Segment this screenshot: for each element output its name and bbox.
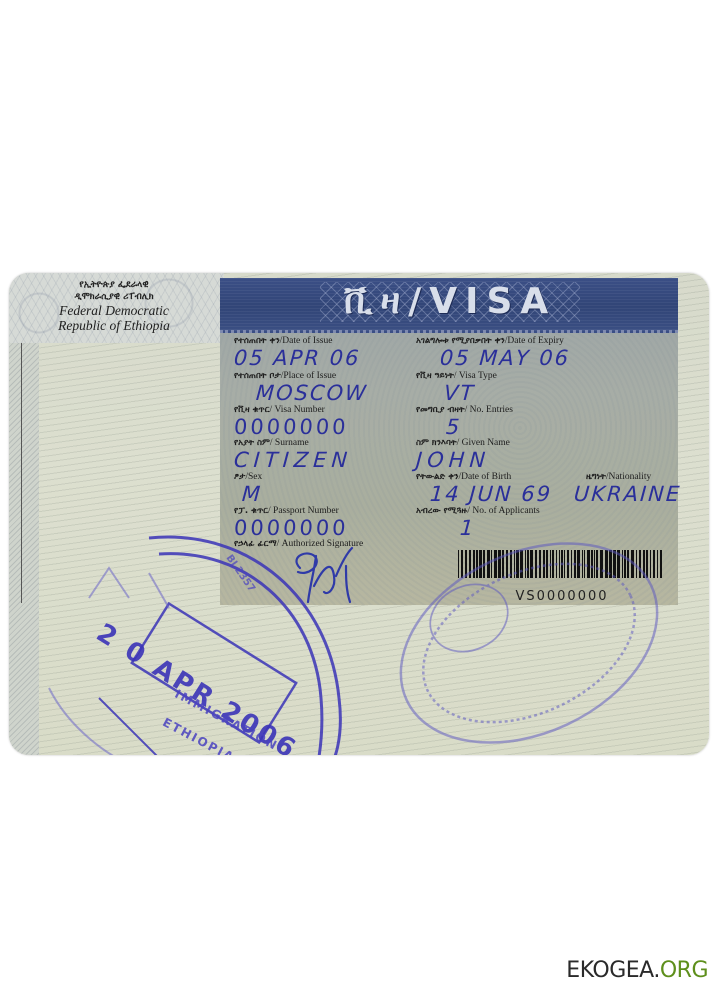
field-surname: የአያት ስም/ Surname CITIZEN <box>234 438 352 471</box>
field-date-of-birth: የትውልድ ቀን/Date of Birth 14 JUN 69 <box>416 472 552 505</box>
faded-stamp <box>379 523 679 753</box>
issuing-country: የኢትዮጵያ ፌደራላዊ ዲሞክራሲያዊ ሪፐብሊክ Federal Democ… <box>9 279 219 333</box>
issuer-english-line2: Republic of Ethiopia <box>9 318 219 333</box>
field-nationality: ዜግነት/Nationality UKRAINE <box>586 472 681 505</box>
value-surname: CITIZEN <box>233 449 353 471</box>
field-date-of-issue: የተሰጠበት ቀን/Date of Issue 05 APR 06 <box>234 336 360 369</box>
label-english: /Nationality <box>606 472 651 482</box>
label-english: / Given Name <box>457 438 510 448</box>
value-visa-number: 0000000 <box>233 416 349 438</box>
value-no-entries: 5 <box>415 416 513 438</box>
label-amharic: አብረው የሚጓዙ <box>416 506 467 516</box>
site-watermark: EKOGEA.ORG <box>566 958 708 983</box>
value-date-of-issue: 05 APR 06 <box>233 347 361 369</box>
brand-tld: ORG <box>660 958 708 983</box>
label-amharic: የተሰጠበት ቦታ <box>234 371 281 381</box>
field-sex: ፆታ/Sex M <box>234 472 262 505</box>
value-place-of-issue: MOSCOW <box>233 382 368 404</box>
field-date-of-expiry: አገልግሎቱ የሚያበቃበት ቀን/Date of Expiry 05 MAY … <box>416 336 570 369</box>
visa-banner: ቪዛ/VISA <box>220 278 678 333</box>
field-visa-number: የቪዛ ቁጥር/ Visa Number 0000000 <box>234 405 349 438</box>
label-amharic: የአያት ስም <box>234 438 270 448</box>
issuer-english-line1: Federal Democratic <box>9 303 219 318</box>
visa-title: ቪዛ/VISA <box>320 282 580 322</box>
brand-name: EKOGEA. <box>566 958 660 983</box>
label-english: /Date of Issue <box>280 336 333 346</box>
label-amharic: የተሰጠበት ቀን <box>234 336 280 346</box>
label-amharic: የቪዛ ቁጥር <box>234 405 269 415</box>
label-amharic: የቪዛ ዓይነት <box>416 371 454 381</box>
label-amharic: ስም ክንእባት <box>416 438 457 448</box>
value-sex: M <box>233 483 263 505</box>
value-given-name: JOHN <box>415 449 510 471</box>
label-english: / Visa Type <box>454 371 497 381</box>
label-english: /Sex <box>245 472 262 482</box>
label-amharic: አገልግሎቱ የሚያበቃበት ቀን <box>416 336 505 346</box>
page-margin-line <box>21 333 22 603</box>
label-english: / No. Entries <box>465 405 513 415</box>
label-english: / Passport Number <box>268 506 339 516</box>
label-english: /Date of Expiry <box>505 336 564 346</box>
field-given-name: ስም ክንእባት/ Given Name JOHN <box>416 438 510 471</box>
label-english: / Surname <box>270 438 309 448</box>
issuer-amharic-line2: ዲሞክራሲያዊ ሪፐብሊክ <box>9 291 219 303</box>
label-english: / Visa Number <box>269 405 324 415</box>
field-place-of-issue: የተሰጠበት ቦታ/Place of Issue MOSCOW <box>234 371 368 404</box>
label-amharic: ዜግነት <box>586 472 606 482</box>
label-amharic: የትውልድ ቀን <box>416 472 458 482</box>
label-english: / No. of Applicants <box>467 506 539 516</box>
value-nationality: UKRAINE <box>573 483 682 505</box>
label-english: /Place of Issue <box>281 371 336 381</box>
label-amharic: ፆታ <box>234 472 245 482</box>
label-amharic: የመግቢያ ብዛት <box>416 405 465 415</box>
value-date-of-birth: 14 JUN 69 <box>415 483 553 505</box>
issuer-amharic-line1: የኢትዮጵያ ፌደራላዊ <box>9 279 219 291</box>
value-visa-type: VT <box>415 382 497 404</box>
entry-stamp <box>29 528 349 755</box>
field-no-entries: የመግቢያ ብዛት/ No. Entries 5 <box>416 405 513 438</box>
visa-card: የኢትዮጵያ ፌደራላዊ ዲሞክራሲያዊ ሪፐብሊክ Federal Democ… <box>9 273 709 755</box>
label-amharic: የፓ. ቁጥር <box>234 506 268 516</box>
field-visa-type: የቪዛ ዓይነት/ Visa Type VT <box>416 371 497 404</box>
label-english: /Date of Birth <box>458 472 511 482</box>
value-date-of-expiry: 05 MAY 06 <box>415 347 571 369</box>
